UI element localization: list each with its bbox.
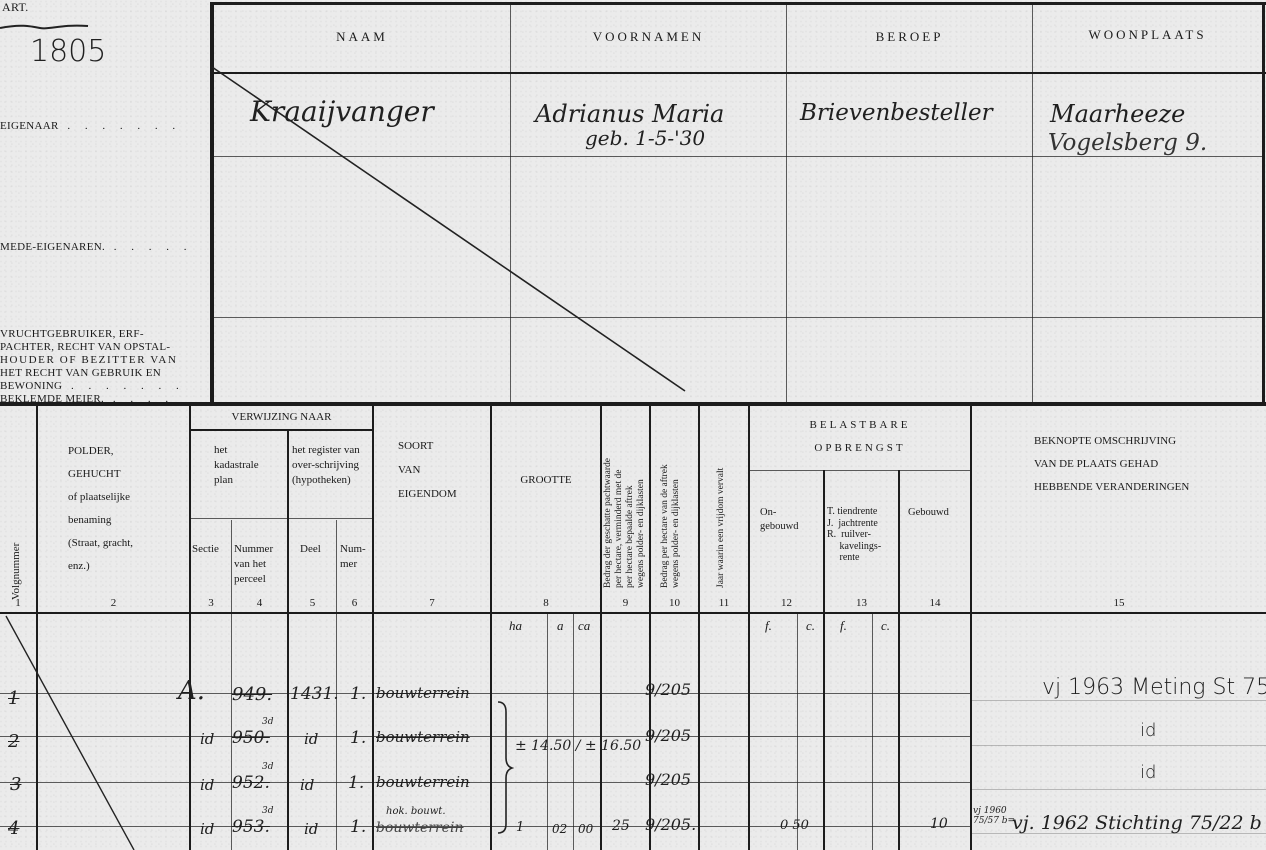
row-4-col12: 0 50 <box>780 818 809 833</box>
col-num-13: 13 <box>825 597 898 609</box>
row-4-perceel: 953. <box>232 817 270 837</box>
col-3-header: Sectie <box>192 542 219 557</box>
row-1-omschrijving: vj 1963 Meting St 75/10 <box>1042 675 1266 700</box>
unit-f-12: f. <box>765 618 772 634</box>
col-num-14: 14 <box>900 597 970 609</box>
unit-f-13: f. <box>840 618 847 634</box>
row-3-nummer: 1. <box>348 773 364 793</box>
brace-icon <box>494 700 514 835</box>
row-3-omschrijving: id <box>1140 762 1156 783</box>
art-label: ART. <box>2 0 29 15</box>
row-1-nummer: 1. <box>350 684 366 704</box>
unit-c-13: c. <box>881 618 890 634</box>
row-1-soort: bouwterrein <box>376 684 470 702</box>
col-num-10: 10 <box>651 597 698 609</box>
col-num-9: 9 <box>602 597 649 609</box>
row-2-perceel: 950. <box>232 728 270 748</box>
row-4-col14: 10 <box>930 816 948 832</box>
row-1-col9: 9/205 <box>645 680 691 699</box>
eigenaar-text: EIGENAAR <box>0 120 59 132</box>
vrucht-line-4: HET RECHT VAN GEBRUIK EN <box>0 367 205 380</box>
header-voornamen: VOORNAMEN <box>511 29 786 45</box>
row-3-volgnummer: 3 <box>10 774 21 795</box>
eigenaar-label: EIGENAAR . . . . . . . <box>0 120 181 132</box>
row-4-grootte-ha: 1 <box>516 820 524 835</box>
unit-ha: ha <box>509 618 522 634</box>
document-page: ART. 1805 EIGENAAR . . . . . . . MEDE-EI… <box>0 0 1266 850</box>
header-naam: NAAM <box>214 29 510 45</box>
col-13-header: T. tiendrente J. jachtrente R. ruilver- … <box>827 506 881 564</box>
unit-a: a <box>557 618 564 634</box>
row-4-grootte-a: 02 <box>552 822 567 836</box>
col-4-header: Nummer van het perceel <box>234 542 273 587</box>
vrucht-line-5: BEWONING . . . . . . . <box>0 380 205 393</box>
col-9-header: Bedrag der geschatte pachtwaarde per hec… <box>603 408 647 588</box>
row-1-perceel: 949. <box>232 684 272 705</box>
row-1-volgnummer: 1 <box>8 688 19 709</box>
row-2-nummer: 1. <box>350 728 366 748</box>
col-8-header: GROOTTE <box>492 473 600 488</box>
col-num-15: 15 <box>972 597 1266 609</box>
kadastrale-plan-header: het kadastrale plan <box>214 443 274 488</box>
row-3-deel: id <box>300 776 314 794</box>
row-4-nummer: 1. <box>350 817 366 837</box>
bewoning-text: BEWONING <box>0 380 62 392</box>
owner-woonplaats: Maarheeze <box>1050 100 1185 128</box>
row-4-sectie: id <box>200 820 214 838</box>
col-1-header: Volgnummer <box>10 520 23 600</box>
row-4-sup: 3d <box>262 806 274 816</box>
col-num-8: 8 <box>492 597 600 609</box>
col-2-header: POLDER, GEHUCHT of plaatselijke benaming… <box>68 440 133 578</box>
row-2-volgnummer: 2 <box>8 731 19 752</box>
col-15-header: BEKNOPTE OMSCHRIJVING VAN DE PLAATS GEHA… <box>1034 436 1189 494</box>
col-num-11: 11 <box>700 597 748 609</box>
col-5-header: Deel <box>300 542 321 557</box>
mede-eigenaren-text: MEDE-EIGENAREN. <box>0 241 105 253</box>
row-4-col9: 9/205. <box>645 815 696 834</box>
row-2-grootte: ± 14.50 / ± 16.50 <box>515 738 641 754</box>
art-number: 1805 <box>30 34 106 69</box>
col-num-2: 2 <box>38 597 189 609</box>
row-3-sectie: id <box>200 776 214 794</box>
unit-ca: ca <box>578 618 590 634</box>
header-woonplaats: WOONPLAATS <box>1033 27 1262 43</box>
col-num-7: 7 <box>374 597 490 609</box>
row-4-volgnummer: 4 <box>8 818 19 839</box>
col-num-1: 1 <box>0 597 36 609</box>
col-12-header: On- gebouwd <box>760 506 799 534</box>
col-6-header: Num- mer <box>340 542 366 572</box>
owner-beroep: Brievenbesteller <box>800 100 993 126</box>
vrucht-line-1: VRUCHTGEBRUIKER, ERF- <box>0 328 205 341</box>
vrucht-line-3: HOUDER OF BEZITTER VAN <box>0 354 205 367</box>
flourish-icon <box>0 20 90 34</box>
verwijzing-header: VERWIJZING NAAR <box>191 410 372 425</box>
row-2-sup: 3d <box>262 717 274 727</box>
mede-eigenaren-label: MEDE-EIGENAREN. . . . . . <box>0 241 193 253</box>
row-4-soort-struck: bouwterrein <box>376 820 463 836</box>
diagonal-strike-line-lower <box>0 614 140 850</box>
row-4-col9-prefix: 25 <box>612 818 630 834</box>
col-num-3: 3 <box>191 597 231 609</box>
row-4-grootte-ca: 00 <box>578 822 593 836</box>
col-num-6: 6 <box>337 597 372 609</box>
col-14-header: Gebouwd <box>908 506 949 520</box>
col-num-5: 5 <box>289 597 336 609</box>
row-3-soort: bouwterrein <box>376 773 470 791</box>
col-7-header: SOORT VAN EIGENDOM <box>398 440 457 500</box>
row-3-col9: 9/205 <box>645 770 691 789</box>
row-4-soort: hok. bouwt. <box>386 806 446 817</box>
col-11-header: Jaar waarin een vrijdom vervalt <box>716 408 727 588</box>
row-3-sup: 3d <box>262 762 274 772</box>
header-beroep: BEROEP <box>787 29 1032 45</box>
row-4-omschrijving: vj. 1962 Stichting 75/22 b <box>1012 812 1262 834</box>
row-2-soort: bouwterrein <box>376 728 470 746</box>
belastbare-header: BELASTBARE <box>750 418 970 433</box>
row-2-col9: 9/205 <box>645 726 691 745</box>
register-header: het register van over-schrijving (hypoth… <box>292 443 372 488</box>
row-2-deel: id <box>304 730 318 748</box>
diagonal-strike-line <box>210 65 690 395</box>
row-1-deel: 1431. <box>290 684 339 704</box>
owner-adres: Vogelsberg 9. <box>1048 130 1207 156</box>
row-2-sectie: id <box>200 730 214 748</box>
row-2-omschrijving: id <box>1140 720 1156 741</box>
col-10-header: Bedrag per hectare van de aftrek wegens … <box>660 408 682 588</box>
row-1-sectie: A. <box>178 676 205 706</box>
vruchtgebruiker-label: VRUCHTGEBRUIKER, ERF- PACHTER, RECHT VAN… <box>0 328 205 406</box>
col-num-4: 4 <box>232 597 287 609</box>
col-num-12: 12 <box>750 597 823 609</box>
row-4-deel: id <box>304 820 318 838</box>
row-3-perceel: 952. <box>232 773 270 793</box>
unit-c-12: c. <box>806 618 815 634</box>
vrucht-line-2: PACHTER, RECHT VAN OPSTAL- <box>0 341 205 354</box>
opbrengst-header: OPBRENGST <box>750 441 970 456</box>
